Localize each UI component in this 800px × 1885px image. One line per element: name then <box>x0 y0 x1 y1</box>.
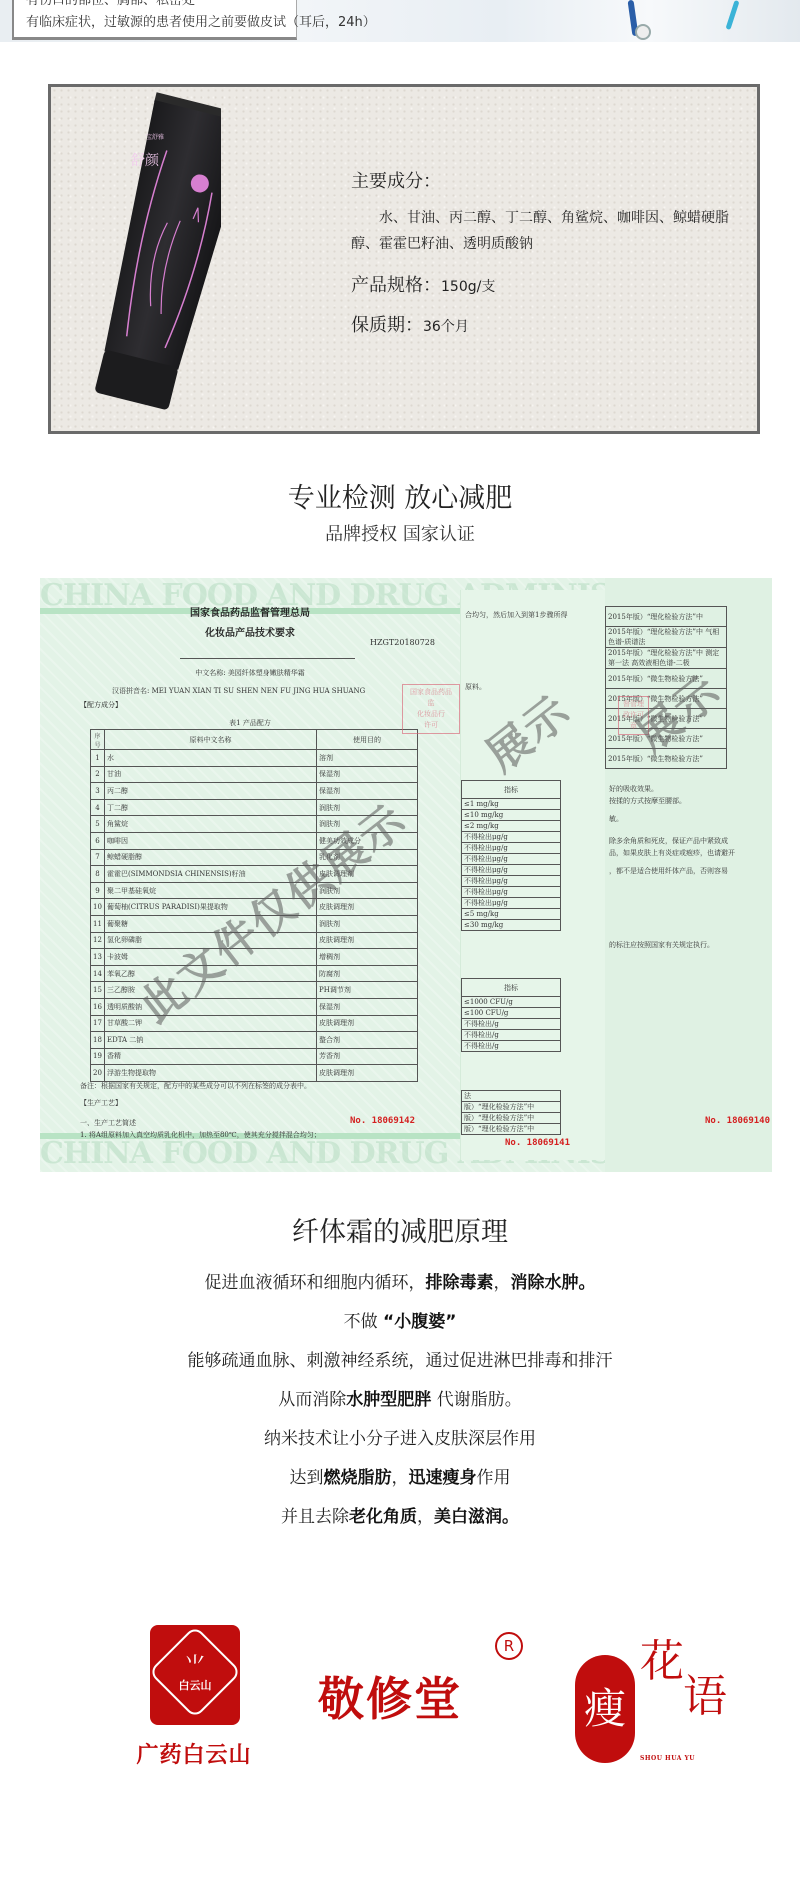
principle-line: 促进血液循环和细胞内循环，排除毒素，消除水肿。 <box>0 1268 800 1293</box>
table-row: ≤2 mg/kg <box>462 821 561 832</box>
notice-line: 有伤口的部位、胸部、私密处 <box>26 0 284 12</box>
table-row: ≤5 mg/kg <box>462 909 561 920</box>
table-header: 原料中文名称 <box>105 730 317 750</box>
cert-doc-title: 化妆品产品技术要求 <box>40 624 460 639</box>
product-tube-image: 宝舒雅 舒颜 <box>91 91 221 421</box>
serial-number: No. 18069142 <box>350 1116 415 1126</box>
stethoscope-chestpiece <box>635 24 651 40</box>
cert-table-caption: 表1 产品配方 <box>40 718 460 728</box>
table-row: 2015年版）“理化检验方法”中 气相色谱-质谱法 <box>606 627 727 648</box>
index-table: 指标≤1 mg/kg≤10 mg/kg≤2 mg/kg不得检出μg/g不得检出μ… <box>461 780 561 931</box>
testing-subtitle: 品牌授权 国家认证 <box>0 520 800 546</box>
table-row: 2甘油保湿剂 <box>91 766 418 783</box>
cert-text-line: 的标注应按照国家有关规定执行。 <box>609 940 714 950</box>
table-row: 版）“理化检验方法”中 <box>462 1113 561 1124</box>
table-row: 18EDTA 二钠螯合剂 <box>91 1032 418 1049</box>
shouhuayu-logo-mark: 瘦 <box>575 1655 635 1763</box>
shelf-life-row: 保质期：36个月 <box>351 311 741 337</box>
svg-text:宝舒雅: 宝舒雅 <box>146 133 164 141</box>
ingredients-list: 水、甘油、丙二醇、丁二醇、角鲨烷、咖啡因、鲸蜡硬脂醇、霍霍巴籽油、透明质酸钠 <box>351 205 741 257</box>
baiyunshan-logo-mark: ⺌ 白云山 <box>150 1625 240 1725</box>
jingxiutang-logo: 敬修堂 <box>318 1663 462 1729</box>
product-panel: 宝舒雅 舒颜 主要成分： 水、甘油、丙二醇、丁二醇、角鲨烷、咖啡因、鲸蜡硬脂醇、… <box>48 84 760 434</box>
table-row: ≤1000 CFU/g <box>462 997 561 1008</box>
table-row: 法 <box>462 1091 561 1102</box>
micro-table: 指标≤1000 CFU/g≤100 CFU/g不得检出/g不得检出/g不得检出/… <box>461 978 561 1052</box>
table-row: 不得检出μg/g <box>462 832 561 843</box>
cert-page-formula: 国家食品药品监督管理总局 化妆品产品技术要求 HZGT20180728 中文名称… <box>40 578 460 1172</box>
cert-page-indices: 合均匀，然后加入到第1步骤所得 原料。 指标≤1 mg/kg≤10 mg/kg≤… <box>460 590 605 1160</box>
testing-title: 专业检测 放心减肥 <box>0 476 800 515</box>
principle-line: 从而消除水肿型肥胖 代谢脂肪。 <box>0 1385 800 1410</box>
red-seal: 国家食品药品监化妆品行许可 <box>402 684 460 734</box>
table-row: 不得检出μg/g <box>462 887 561 898</box>
principle-line: 并且去除老化角质，美白滋润。 <box>0 1502 800 1527</box>
cert-text-line: ，都不是适合使用纤体产品，否则容易 <box>609 866 728 876</box>
table-row: ≤100 CFU/g <box>462 1008 561 1019</box>
method-table-2: 法版）“理化检验方法”中版）“理化检验方法”中版）“理化检验方法”中 <box>461 1090 561 1135</box>
shouhuayu-char: 语 <box>683 1660 727 1724</box>
serial-number: No. 18069141 <box>505 1138 570 1148</box>
serial-number: No. 18069140 <box>705 1116 770 1126</box>
baiyunshan-mark-text: 白云山 <box>150 1677 240 1693</box>
cert-cn-name: 中文名称: 美园纤体塑身嫩肤精华霜 <box>40 668 460 678</box>
table-row: 不得检出μg/g <box>462 854 561 865</box>
table-row: 不得检出/g <box>462 1041 561 1052</box>
table-row: 不得检出μg/g <box>462 876 561 887</box>
mountain-icon: ⺌ <box>150 1649 240 1680</box>
cert-code: HZGT20180728 <box>370 638 435 647</box>
registered-icon: R <box>495 1632 523 1660</box>
table-row: ≤10 mg/kg <box>462 810 561 821</box>
cert-process-section: 【生产工艺】 <box>80 1098 122 1108</box>
cert-text-line: 敏。 <box>609 814 623 824</box>
shouhuayu-char: 花 <box>640 1625 684 1689</box>
cert-note: 备注：根据国家有关规定，配方中的某些成分可以不列在标签的成分表中。 <box>80 1081 311 1091</box>
cert-text-line: 品，如果皮肤上有炎症或疱疹，也请避开 <box>609 848 735 858</box>
pen <box>725 0 739 30</box>
principle-line: 纳米技术让小分子进入皮肤深层作用 <box>0 1424 800 1449</box>
notice-box: 有伤口的部位、胸部、私密处 有临床症状，过敏源的患者使用之前要做皮试（耳后，24… <box>12 0 297 40</box>
table-row: 20浮游生物提取物皮肤调理剂 <box>91 1065 418 1082</box>
table-row: 版）“理化检验方法”中 <box>462 1102 561 1113</box>
table-row: ≤30 mg/kg <box>462 920 561 931</box>
shouhuayu-pinyin: SHOU HUA YU <box>640 1755 695 1762</box>
cert-text-line: 原料。 <box>465 682 486 692</box>
cert-text-line: 好的吸收效果。 <box>609 784 658 794</box>
table-row: 2015年版）“理化检验方法”中 <box>606 607 727 627</box>
table-row: 不得检出/g <box>462 1019 561 1030</box>
table-row: 不得检出/g <box>462 1030 561 1041</box>
baiyunshan-name: 广药白云山 <box>128 1738 260 1769</box>
table-row: 2015年版）“理化检验方法”中 测定 第一法 高效液相色谱-二极 <box>606 648 727 669</box>
certificate-image: CHINA FOOD AND DRUG ADMINISTRATION CHINA… <box>40 578 772 1172</box>
cert-pinyin-name: 汉语拼音名: MEI YUAN XIAN TI SU SHEN NEN FU J… <box>112 686 365 696</box>
product-info: 主要成分： 水、甘油、丙二醇、丁二醇、角鲨烷、咖啡因、鲸蜡硬脂醇、霍霍巴籽油、透… <box>351 167 741 337</box>
principle-line: 不做 “小腹婆” <box>0 1307 800 1332</box>
table-row: 不得检出μg/g <box>462 865 561 876</box>
shelf-life-value: 36个月 <box>423 319 469 335</box>
cert-text-line: 合均匀，然后加入到第1步骤所得 <box>465 610 567 620</box>
cert-formula-section: 【配方成分】 <box>80 700 122 710</box>
notice-banner: 有伤口的部位、胸部、私密处 有临床症状，过敏源的患者使用之前要做皮试（耳后，24… <box>0 0 800 42</box>
cert-process-title: 一、生产工艺简述 <box>80 1118 136 1128</box>
shelf-life-label: 保质期： <box>351 315 423 336</box>
table-row: ≤1 mg/kg <box>462 799 561 810</box>
spec-value: 150g/支 <box>441 279 495 295</box>
ingredients-label: 主要成分： <box>351 167 741 193</box>
principle-line: 能够疏通血脉、刺激神经系统，通过促进淋巴排毒和排汗 <box>0 1346 800 1371</box>
notice-line: 有临床症状，过敏源的患者使用之前要做皮试（耳后，24h） <box>26 12 284 34</box>
table-row: 不得检出μg/g <box>462 843 561 854</box>
table-row: 19香精芳香剂 <box>91 1048 418 1065</box>
table-row: 1水溶剂 <box>91 750 418 767</box>
table-row: 不得检出μg/g <box>462 898 561 909</box>
cert-text-line: 按揉的方式按摩至腰部。 <box>609 796 686 806</box>
cert-process-step: 1. 将A组原料加入真空均质乳化机中，加热至80℃，使其充分搅拌混合均匀； <box>80 1130 321 1140</box>
table-row: 17甘草酸二钾皮肤调理剂 <box>91 1015 418 1032</box>
spec-label: 产品规格： <box>351 275 441 296</box>
spec-row: 产品规格：150g/支 <box>351 271 741 297</box>
cert-rule <box>180 658 355 659</box>
svg-text:舒颜: 舒颜 <box>131 152 160 169</box>
principle-line: 达到燃烧脂肪，迅速瘦身作用 <box>0 1463 800 1488</box>
principle-title: 纤体霜的减肥原理 <box>0 1210 800 1249</box>
cert-text-line: 除多余角质和死皮，保证产品中紧致成 <box>609 836 728 846</box>
table-row: 版）“理化检验方法”中 <box>462 1124 561 1135</box>
table-header: 序号 <box>91 730 105 750</box>
cert-authority: 国家食品药品监督管理总局 <box>40 604 460 619</box>
